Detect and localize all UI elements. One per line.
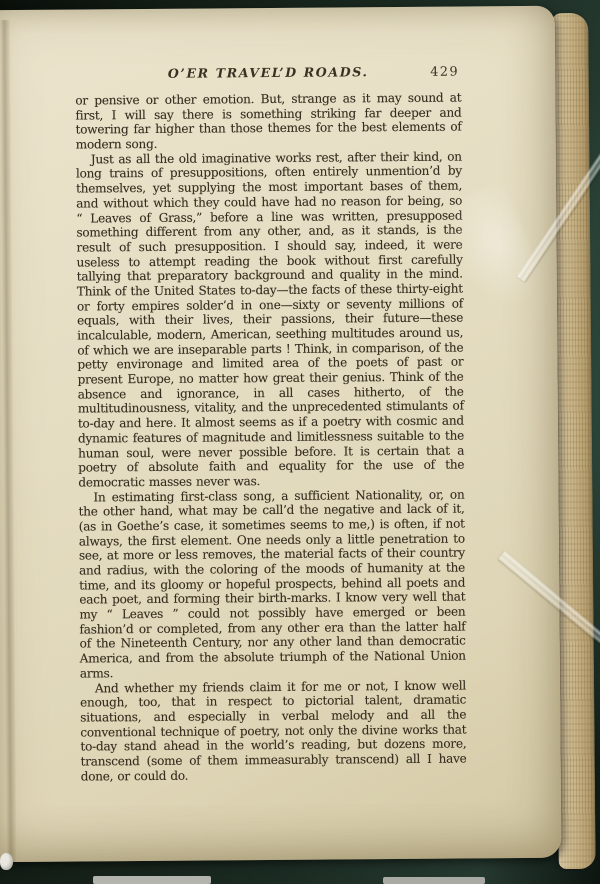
- paragraph: Just as all the old imaginative works re…: [76, 149, 465, 490]
- book-scan: O’ER TRAVEL’D ROADS. 429 or pensive or o…: [0, 0, 600, 884]
- scanner-bed-patch: [383, 877, 485, 884]
- page-corner-fragment: [0, 853, 13, 870]
- text-block: or pensive or other emotion. But, strang…: [75, 91, 466, 784]
- paragraph: In estimating first-class song, a suffic…: [78, 487, 465, 681]
- paragraph: or pensive or other emotion. But, strang…: [75, 91, 461, 153]
- running-title: O’ER TRAVEL’D ROADS.: [75, 64, 461, 82]
- book-page: O’ER TRAVEL’D ROADS. 429 or pensive or o…: [0, 6, 561, 862]
- page-number: 429: [430, 65, 459, 80]
- gutter-shadow: [0, 20, 16, 862]
- page-header: O’ER TRAVEL’D ROADS. 429: [75, 64, 461, 94]
- paragraph: And whether my friends claim it for me o…: [80, 678, 467, 784]
- scanner-bed-patch: [93, 876, 211, 884]
- page-content: O’ER TRAVEL’D ROADS. 429 or pensive or o…: [75, 64, 467, 784]
